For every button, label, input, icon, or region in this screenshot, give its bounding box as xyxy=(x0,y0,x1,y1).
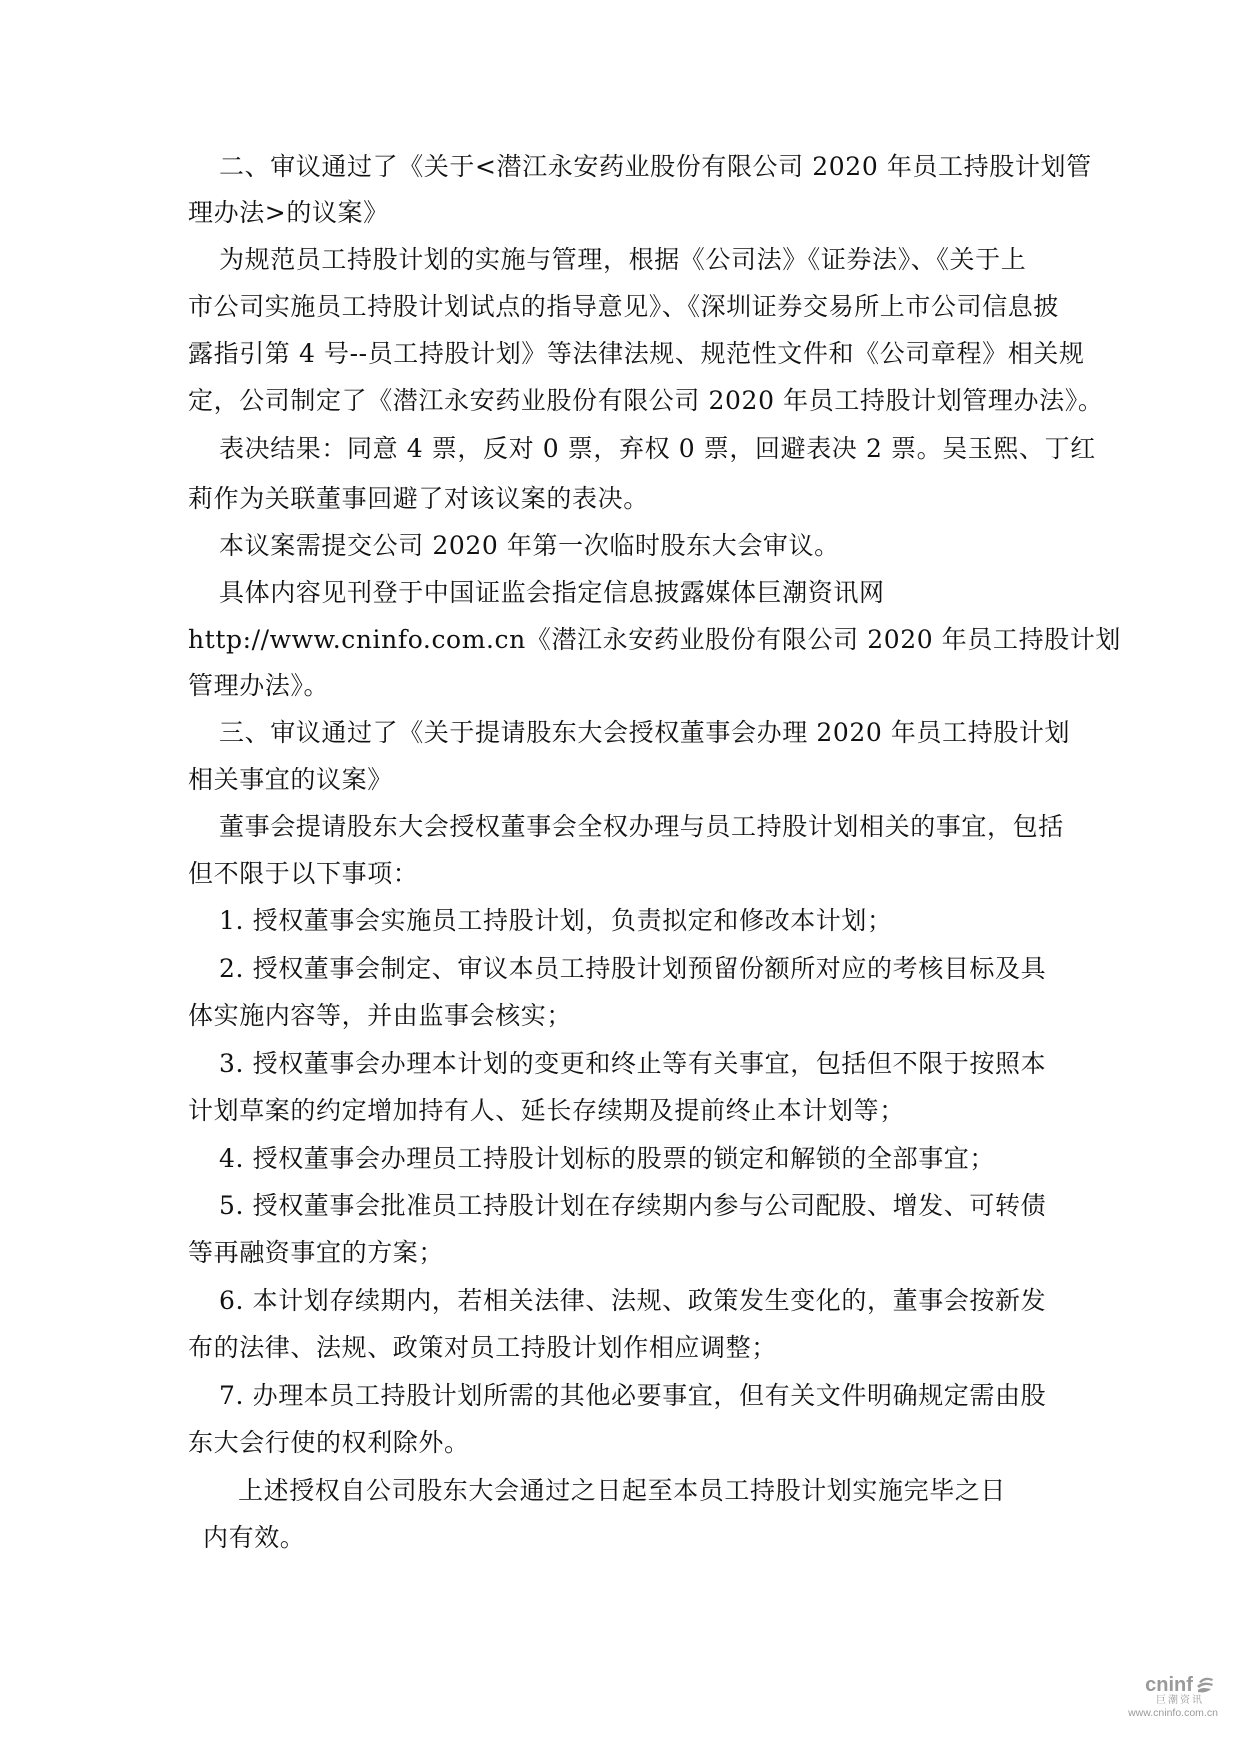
list-item-3-line-1: 3. 授权董事会办理本计划的变更和终止等有关事宜，包括但不限于按照本 xyxy=(219,1049,1046,1079)
cninfo-watermark: cninf 巨潮资讯 www.cninfo.com.cn xyxy=(1125,1675,1235,1720)
disclosure-reference-line-2: http://www.cninfo.com.cn《潜江永安药业股份有限公司 20… xyxy=(188,625,1121,655)
list-item-6-line-2: 布的法律、法规、政策对员工持股计划作相应调整； xyxy=(188,1333,777,1363)
disclosure-reference-line-1: 具体内容见刊登于中国证监会指定信息披露媒体巨潮资讯网 xyxy=(219,578,885,608)
authorization-validity-line-2: 内有效。 xyxy=(203,1523,305,1553)
cninfo-brand-text: cninf xyxy=(1145,1675,1193,1695)
paragraph-line: 但不限于以下事项： xyxy=(188,859,418,889)
cninfo-wave-logo-icon xyxy=(1195,1676,1215,1694)
vote-result-line-2: 莉作为关联董事回避了对该议案的表决。 xyxy=(188,484,649,514)
list-item-2-line-1: 2. 授权董事会制定、审议本员工持股计划预留份额所对应的考核目标及具 xyxy=(219,954,1046,984)
cninfo-url: www.cninfo.com.cn xyxy=(1111,1707,1235,1720)
paragraph-line: 市公司实施员工持股计划试点的指导意见》、《深圳证券交易所上市公司信息披 xyxy=(188,292,1059,322)
list-item-3-line-2: 计划草案的约定增加持有人、延长存续期及提前终止本计划等； xyxy=(188,1096,905,1126)
section-3-heading-line-1: 三、审议通过了《关于提请股东大会授权董事会办理 2020 年员工持股计划 xyxy=(219,718,1070,748)
authorization-validity-line-1: 上述授权自公司股东大会通过之日起至本员工持股计划实施完毕之日 xyxy=(238,1476,1006,1506)
list-item-7-line-1: 7. 办理本员工持股计划所需的其他必要事宜，但有关文件明确规定需由股 xyxy=(219,1381,1046,1411)
paragraph-line: 董事会提请股东大会授权董事会全权办理与员工持股计划相关的事宜，包括 xyxy=(219,812,1064,842)
disclosure-reference-line-3: 管理办法》。 xyxy=(188,671,329,701)
vote-result-line-1: 表决结果：同意 4 票，反对 0 票，弃权 0 票，回避表决 2 票。吴玉熙、丁… xyxy=(219,434,1096,464)
shareholder-meeting-note: 本议案需提交公司 2020 年第一次临时股东大会审议。 xyxy=(219,531,840,561)
section-2-heading-line-2: 理办法>的议案》 xyxy=(188,198,389,228)
cninfo-logo: cninf xyxy=(1125,1675,1235,1695)
list-item-5-line-1: 5. 授权董事会批准员工持股计划在存续期内参与公司配股、增发、可转债 xyxy=(219,1191,1046,1221)
list-item-7-line-2: 东大会行使的权利除外。 xyxy=(188,1428,470,1458)
section-2-heading-line-1: 二、审议通过了《关于<潜江永安药业股份有限公司 2020 年员工持股计划管 xyxy=(219,152,1092,182)
paragraph-line: 露指引第 4 号--员工持股计划》等法律法规、规范性文件和《公司章程》相关规 xyxy=(188,339,1085,369)
list-item-1: 1. 授权董事会实施员工持股计划，负责拟定和修改本计划； xyxy=(219,906,893,936)
section-3-heading-line-2: 相关事宜的议案》 xyxy=(188,765,393,795)
document-page: 二、审议通过了《关于<潜江永安药业股份有限公司 2020 年员工持股计划管 理办… xyxy=(0,0,1241,1754)
paragraph-line: 为规范员工持股计划的实施与管理，根据《公司法》《证券法》、《关于上 xyxy=(219,245,1026,275)
cninfo-chinese-name: 巨潮资讯 xyxy=(1125,1695,1235,1707)
list-item-6-line-1: 6. 本计划存续期内，若相关法律、法规、政策发生变化的，董事会按新发 xyxy=(219,1286,1046,1316)
list-item-4: 4. 授权董事会办理员工持股计划标的股票的锁定和解锁的全部事宜； xyxy=(219,1144,995,1174)
paragraph-line: 定，公司制定了《潜江永安药业股份有限公司 2020 年员工持股计划管理办法》。 xyxy=(188,386,1103,416)
list-item-2-line-2: 体实施内容等，并由监事会核实； xyxy=(188,1001,572,1031)
list-item-5-line-2: 等再融资事宜的方案； xyxy=(188,1238,444,1268)
